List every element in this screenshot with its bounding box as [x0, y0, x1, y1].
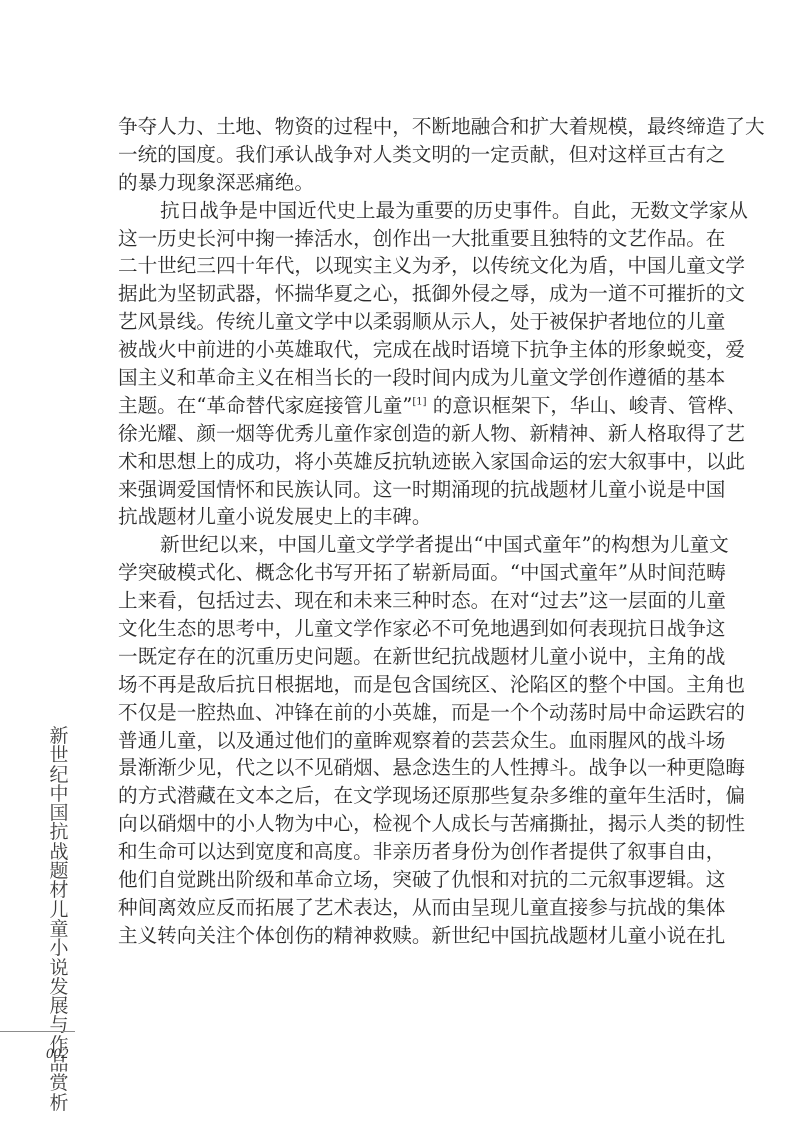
- text-line: 争夺人力、土地、物资的过程中，不断地融合和扩大着规模，最终缔造了大: [118, 113, 686, 141]
- text-line: 他们自觉跳出阶级和革命立场，突破了仇恨和对抗的二元叙事逻辑。这: [118, 866, 686, 894]
- title-char: 说: [47, 959, 71, 978]
- text-line: 来强调爱国情怀和民族认同。这一时期涌现的抗战题材儿童小说是中国: [118, 476, 686, 504]
- text-line: 的暴力现象深恶痛绝。: [118, 169, 686, 197]
- title-char: 赏: [47, 1074, 71, 1093]
- text-line: 普通儿童，以及通过他们的童眸观察着的芸芸众生。血雨腥风的战斗场: [118, 727, 686, 755]
- footer-rule: [0, 1031, 75, 1032]
- text-line: 向以硝烟中的小人物为中心，检视个人成长与苦痛撕扯，揭示人类的韧性: [118, 810, 686, 838]
- text-line: 景渐渐少见，代之以不见硝烟、悬念迭生的人性搏斗。战争以一种更隐晦: [118, 754, 686, 782]
- page-number: 002: [46, 1046, 69, 1063]
- paragraph-2: 抗日战争是中国近代史上最为重要的历史事件。自此，无数文学家从 这一历史长河中掬一…: [118, 197, 686, 532]
- title-char: 析: [47, 1094, 71, 1113]
- title-char: 抗: [47, 823, 71, 842]
- paragraph-3: 新世纪以来，中国儿童文学学者提出“中国式童年”的构想为儿童文 学突破模式化、概念…: [118, 531, 686, 949]
- text-line: 上来看，包括过去、现在和未来三种时态。在对“过去”这一层面的儿童: [118, 587, 686, 615]
- text-segment: 的意识框架下，华山、峻青、管桦、: [433, 394, 747, 417]
- text-line: 种间离效应反而拓展了艺术表达，从而由呈现儿童直接参与抗战的集体: [118, 894, 686, 922]
- title-char: 材: [47, 881, 71, 900]
- text-line: 和生命可以达到宽度和高度。非亲历者身份为创作者提供了叙事自由，: [118, 838, 686, 866]
- text-line: 被战火中前进的小英雄取代，完成在战时语境下抗争主体的形象蜕变，爱: [118, 336, 686, 364]
- paragraph-1: 争夺人力、土地、物资的过程中，不断地融合和扩大着规模，最终缔造了大 一统的国度。…: [118, 113, 686, 197]
- text-line: 的方式潜藏在文本之后，在文学现场还原那些复杂多维的童年生活时，偏: [118, 782, 686, 810]
- text-line: 抗日战争是中国近代史上最为重要的历史事件。自此，无数文学家从: [118, 197, 686, 225]
- title-char: 纪: [47, 766, 71, 785]
- text-line: 新世纪以来，中国儿童文学学者提出“中国式童年”的构想为儿童文: [118, 531, 686, 559]
- text-line: 术和思想上的成功，将小英雄反抗轨迹嵌入家国命运的宏大叙事中，以此: [118, 448, 686, 476]
- text-line: 一既定存在的沉重历史问题。在新世纪抗战题材儿童小说中，主角的战: [118, 643, 686, 671]
- body-text: 争夺人力、土地、物资的过程中，不断地融合和扩大着规模，最终缔造了大 一统的国度。…: [118, 113, 686, 950]
- text-line: 二十世纪三四十年代，以现实主义为矛，以传统文化为盾，中国儿童文学: [118, 252, 686, 280]
- text-line: 据此为坚韧武器，怀揣华夏之心，抵御外侵之辱，成为一道不可摧折的文: [118, 280, 686, 308]
- text-line: 这一历史长河中掬一捧活水，创作出一大批重要且独特的文艺作品。在: [118, 225, 686, 253]
- text-line: 抗战题材儿童小说发展史上的丰碑。: [118, 503, 686, 531]
- title-char: 小: [47, 939, 71, 958]
- citation-ref[interactable]: [1]: [412, 396, 426, 407]
- text-line: 国主义和革命主义在相当长的一段时间内成为儿童文学创作遵循的基本: [118, 364, 686, 392]
- text-line: 场不再是敌后抗日根据地，而是包含国统区、沦陷区的整个中国。主角也: [118, 671, 686, 699]
- text-line: 徐光耀、颜一烟等优秀儿童作家创造的新人物、新精神、新人格取得了艺: [118, 420, 686, 448]
- text-line-with-citation: 主题。在“革命替代家庭接管儿童”[1] 的意识框架下，华山、峻青、管桦、: [118, 392, 686, 420]
- text-line: 艺风景线。传统儿童文学中以柔弱顺从示人，处于被保护者地位的儿童: [118, 308, 686, 336]
- text-line: 主义转向关注个体创伤的精神救赎。新世纪中国抗战题材儿童小说在扎: [118, 922, 686, 950]
- text-line: 学突破模式化、概念化书写开拓了崭新局面。“中国式童年”从时间范畴: [118, 559, 686, 587]
- text-line: 一统的国度。我们承认战争对人类文明的一定贡献，但对这样亘古有之: [118, 141, 686, 169]
- text-line: 文化生态的思考中，儿童文学作家必不可免地遇到如何表现抗日战争这: [118, 615, 686, 643]
- title-char: 世: [47, 746, 71, 765]
- text-line: 不仅是一腔热血、冲锋在前的小英雄，而是一个个动荡时局中命运跌宕的: [118, 699, 686, 727]
- text-segment: 主题。在“革命替代家庭接管儿童”: [118, 394, 412, 417]
- title-char: 与: [47, 1016, 71, 1035]
